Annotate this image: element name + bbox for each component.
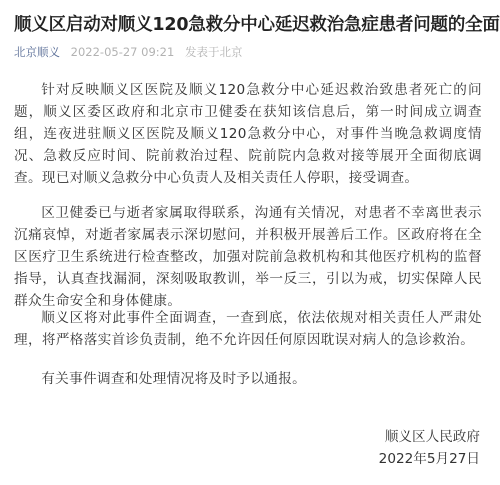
paragraph-text: 顺义区将对此事件全面调查，一查到底，依法依规对相关责任人严肃处理，将严格落实首诊…: [14, 307, 482, 351]
article-signature: 顺义区人民政府 2022年5月27日: [379, 426, 480, 470]
paragraph-text: 针对反映顺义区医院及顺义120急救分中心延迟救治致患者死亡的问题，顺义区委区政府…: [14, 79, 482, 189]
paragraph-text: 有关事件调查和处理情况将及时予以通报。: [14, 368, 482, 390]
article-meta: 北京顺义 2022-05-27 09:21 发表于北京: [14, 44, 242, 60]
signature-date: 2022年5月27日: [379, 448, 480, 470]
article-title: 顺义区启动对顺义120急救分中心延迟救治急症患者问题的全面调查: [14, 13, 494, 37]
signature-organization: 顺义区人民政府: [379, 426, 480, 448]
source-account-link[interactable]: 北京顺义: [14, 45, 60, 59]
publish-datetime: 2022-05-27 09:21: [71, 45, 175, 59]
article-paragraph-1: 针对反映顺义区医院及顺义120急救分中心延迟救治致患者死亡的问题，顺义区委区政府…: [14, 79, 482, 189]
paragraph-text: 区卫健委已与逝者家属取得联系，沟通有关情况，对患者不幸离世表示沉痛哀悼，对逝者家…: [14, 202, 482, 312]
article-paragraph-4: 有关事件调查和处理情况将及时予以通报。: [14, 368, 482, 390]
publish-location: 发表于北京: [185, 45, 243, 59]
article-paragraph-2: 区卫健委已与逝者家属取得联系，沟通有关情况，对患者不幸离世表示沉痛哀悼，对逝者家…: [14, 202, 482, 312]
article-paragraph-3: 顺义区将对此事件全面调查，一查到底，依法依规对相关责任人严肃处理，将严格落实首诊…: [14, 307, 482, 351]
